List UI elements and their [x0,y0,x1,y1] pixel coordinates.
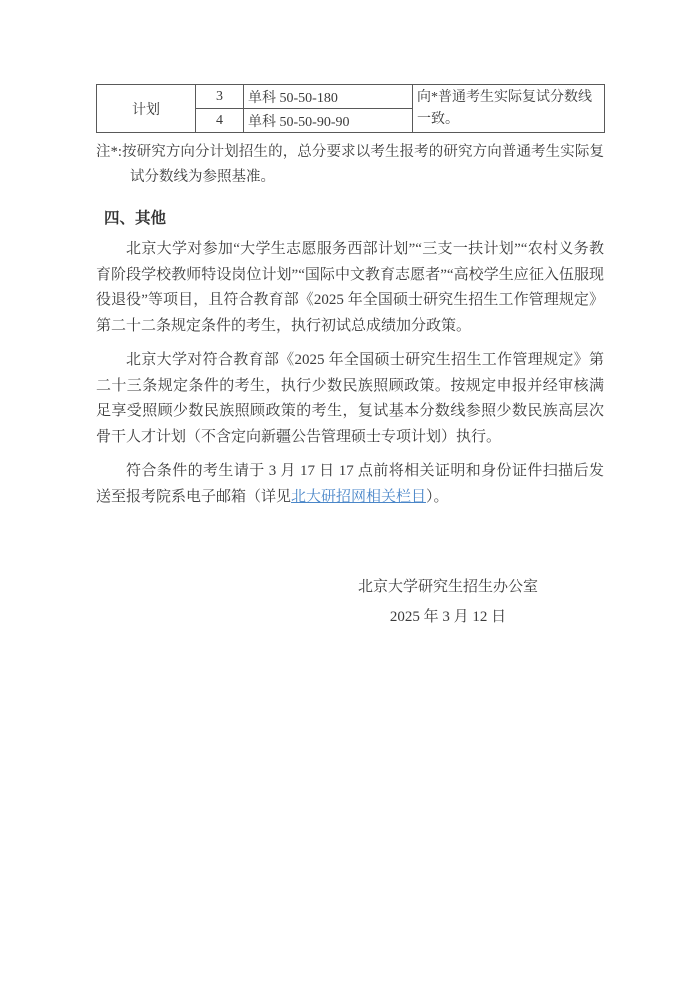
paragraph-minority-policy: 北京大学对符合教育部《2025 年全国硕士研究生招生工作管理规定》第二十三条规定… [96,348,604,450]
table-cell-number: 3 [196,85,244,109]
signature-block: 北京大学研究生招生办公室 2025 年 3 月 12 日 [358,572,538,632]
paragraph-deadline: 符合条件的考生请于 3 月 17 日 17 点前将相关证明和身份证件扫描后发送至… [96,459,604,510]
table-cell-remark: 向*普通考生实际复试分数线一致。 [413,85,605,133]
paragraph-bonus-policy: 北京大学对参加“大学生志愿服务西部计划”“三支一扶计划”“农村义务教育阶段学校教… [96,237,604,339]
grad-admissions-site-link[interactable]: 北大研招网相关栏目 [291,489,426,505]
score-table: 计划 3 单科 50-50-180 向*普通考生实际复试分数线一致。 4 单科 … [96,84,605,133]
document-content: 计划 3 单科 50-50-180 向*普通考生实际复试分数线一致。 4 单科 … [96,84,604,632]
section-heading-other: 四、其他 [104,206,604,228]
deadline-text-suffix: ）。 [426,489,449,505]
document-page: 计划 3 单科 50-50-180 向*普通考生实际复试分数线一致。 4 单科 … [0,0,700,990]
table-cell-score-line: 单科 50-50-180 [244,85,413,109]
table-cell-score-line: 单科 50-50-90-90 [244,109,413,133]
signature-office: 北京大学研究生招生办公室 [358,572,538,602]
table-cell-plan: 计划 [97,85,196,133]
table-footnote: 注*:按研究方向分计划招生的，总分要求以考生报考的研究方向普通考生实际复试分数线… [96,140,604,190]
signature-date: 2025 年 3 月 12 日 [390,602,506,632]
table-row: 计划 3 单科 50-50-180 向*普通考生实际复试分数线一致。 [97,85,605,109]
table-cell-number: 4 [196,109,244,133]
